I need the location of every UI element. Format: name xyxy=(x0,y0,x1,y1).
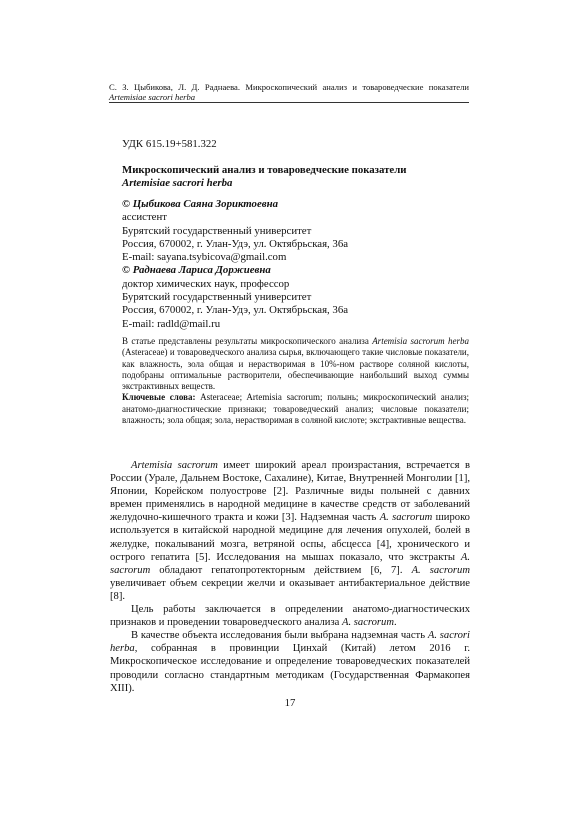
latin-name: A. sacrorum xyxy=(342,617,394,628)
body-text: Цель работы заключается в определении ан… xyxy=(110,604,470,628)
abstract-text-part: (Asteraceae) и товароведческого анализа … xyxy=(122,347,469,391)
author-name: © Раднаева Лариса Доржиевна xyxy=(122,264,348,277)
body-text: увеличивает объем секреции желчи и оказы… xyxy=(110,578,470,602)
body-paragraph: Цель работы заключается в определении ан… xyxy=(110,603,470,629)
author-position: доктор химических наук, профессор xyxy=(122,278,348,291)
latin-name: Artemisia sacrorum xyxy=(131,460,218,471)
header-divider xyxy=(109,102,469,103)
running-header: С. З. Цыбикова, Л. Д. Раднаева. Микроско… xyxy=(109,82,469,102)
body-text: обладают гепатопротекторным действием [6… xyxy=(150,565,411,576)
author-address: Россия, 670002, г. Улан-Удэ, ул. Октябрь… xyxy=(122,238,348,251)
author-email: E-mail: sayana.tsybicova@gmail.com xyxy=(122,251,348,264)
keywords-label: Ключевые слова: xyxy=(122,392,195,402)
body-paragraph: Artemisia sacrorum имеет широкий ареал п… xyxy=(110,459,470,603)
body-paragraph: В качестве объекта исследования были выб… xyxy=(110,629,470,694)
running-header-authors-title: С. З. Цыбикова, Л. Д. Раднаева. Микроско… xyxy=(109,82,469,92)
body-text: . xyxy=(394,617,397,628)
author-address: Россия, 670002, г. Улан-Удэ, ул. Октябрь… xyxy=(122,304,348,317)
article-title-latin: Artemisiae sacrori herba xyxy=(122,177,407,190)
author-affiliation: Бурятский государственный университет xyxy=(122,291,348,304)
author-email: E-mail: radld@mail.ru xyxy=(122,318,348,331)
author-block: © Цыбикова Саяна Зориктоевна ассистент Б… xyxy=(122,198,348,331)
body-text: В качестве объекта исследования были выб… xyxy=(131,630,428,641)
body-text: , собранная в провинции Цинхай (Китай) л… xyxy=(110,643,470,693)
abstract-text-part: В статье представлены результаты микроск… xyxy=(122,336,372,346)
article-body: Artemisia sacrorum имеет широкий ареал п… xyxy=(110,459,470,695)
latin-name: A. sacrorum xyxy=(412,565,470,576)
article-title-main: Микроскопический анализ и товароведчески… xyxy=(122,164,407,176)
udk-code: УДК 615.19+581.322 xyxy=(122,138,217,150)
author-position: ассистент xyxy=(122,211,348,224)
abstract: В статье представлены результаты микроск… xyxy=(122,336,469,426)
page-number: 17 xyxy=(0,697,580,709)
running-header-latin: Artemisiae sacrori herba xyxy=(109,92,469,102)
abstract-latin-name: Artemisia sacrorum herba xyxy=(372,336,469,346)
latin-name: A. sacrorum xyxy=(380,512,433,523)
keywords: Ключевые слова: Asteraceae; Artemisia sa… xyxy=(122,392,469,426)
author-affiliation: Бурятский государственный университет xyxy=(122,225,348,238)
article-title: Микроскопический анализ и товароведчески… xyxy=(122,164,407,190)
abstract-text: В статье представлены результаты микроск… xyxy=(122,336,469,392)
author-name: © Цыбикова Саяна Зориктоевна xyxy=(122,198,348,211)
